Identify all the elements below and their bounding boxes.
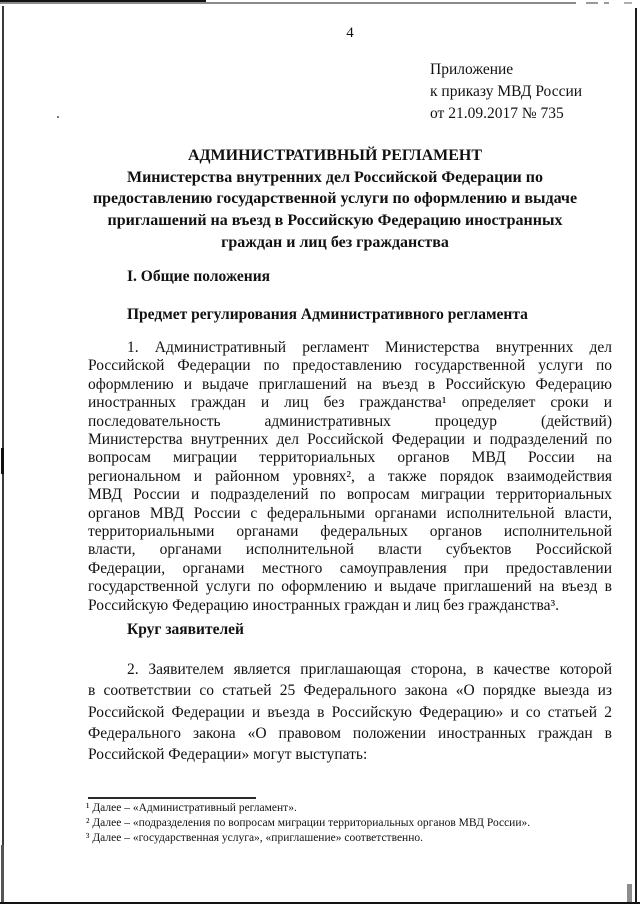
- paragraph-2: 2. Заявителем является приглашающая стор…: [88, 659, 612, 765]
- text-line: государственной услуги по оформлению и в…: [88, 578, 612, 596]
- text-line: к приказу МВД России: [430, 81, 620, 103]
- text-line: оформлению и выдаче приглашений на въезд…: [88, 376, 612, 394]
- scan-top-line: [0, 2, 576, 4]
- paragraph-1: 1. Административный регламент Министерст…: [88, 339, 612, 615]
- scan-left-mark: [1, 845, 4, 903]
- text-line: от 21.09.2017 № 735: [430, 103, 620, 125]
- text-line: вопросам миграции территориальных органо…: [88, 449, 612, 467]
- text-line: территориальными органами федеральных ор…: [88, 523, 612, 541]
- text-line: граждан и лиц без гражданства: [88, 232, 582, 254]
- scan-corner-mark: [627, 884, 632, 902]
- text-line: АДМИНИСТРАТИВНЫЙ РЕГЛАМЕНТ: [88, 145, 582, 167]
- text-line: Российской Федерации по предоставлению г…: [88, 357, 612, 375]
- text-line: 1. Административный регламент Министерст…: [88, 339, 612, 357]
- text-line: в соответствии со статьей 25 Федеральног…: [88, 680, 612, 701]
- text-line: Федерального закона «О правовом положени…: [88, 723, 612, 744]
- text-line: Российской Федерации и въезда в Российск…: [88, 702, 612, 723]
- text-line: Федерации, органами местного самоуправле…: [88, 560, 612, 578]
- applicants-heading: Круг заявителей: [127, 621, 244, 639]
- text-line: Приложение: [430, 59, 620, 81]
- text-line: Российскую Федерацию иностранных граждан…: [88, 597, 612, 615]
- text-line: власти, органами исполнительной власти с…: [88, 541, 612, 559]
- text-line: приглашений на въезд в Российскую Федера…: [88, 210, 582, 232]
- text-line: МВД России и подразделений по вопросам м…: [88, 486, 612, 504]
- text-line: ¹ Далее – «Административный регламент».: [86, 801, 586, 816]
- scan-top-dash: [586, 2, 598, 4]
- text-line: Министерства внутренних дел Российской Ф…: [88, 431, 612, 449]
- text-line: органов МВД России с федеральными органа…: [88, 505, 612, 523]
- footnote-separator: [88, 797, 256, 799]
- page-number: 4: [88, 25, 612, 42]
- text-line: Министерства внутренних дел Российской Ф…: [88, 167, 582, 189]
- scan-left-mark: [1, 448, 4, 474]
- text-line: региональном и районном уровнях², а такж…: [88, 468, 612, 486]
- text-line: ² Далее – «подразделения по вопросам миг…: [86, 816, 586, 831]
- subject-heading: Предмет регулирования Административного …: [127, 306, 528, 324]
- document-page: 4 Приложениек приказу МВД Россииот 21.09…: [0, 0, 640, 905]
- scan-top-dash: [624, 2, 632, 4]
- text-line: последовательность административных проц…: [88, 413, 612, 431]
- scan-bottom-border: [0, 902, 640, 904]
- text-line: иностранных граждан и лиц без гражданств…: [88, 394, 612, 412]
- text-line: 2. Заявителем является приглашающая стор…: [88, 659, 612, 680]
- text-line: Российской Федерации» могут выступать:: [88, 744, 612, 765]
- annex-reference: Приложениек приказу МВД Россииот 21.09.2…: [430, 59, 620, 125]
- scan-right-border: [635, 8, 637, 903]
- document-title: АДМИНИСТРАТИВНЫЙ РЕГЛАМЕНТМинистерства в…: [88, 145, 582, 254]
- chapter-heading: I. Общие положения: [127, 268, 270, 286]
- scan-speck: [57, 116, 59, 118]
- scan-top-dash: [604, 2, 609, 4]
- text-line: ³ Далее – «государственная услуга», «при…: [86, 831, 586, 846]
- text-line: предоставлению государственной услуги по…: [88, 188, 582, 210]
- footnotes: ¹ Далее – «Административный регламент».²…: [86, 801, 586, 847]
